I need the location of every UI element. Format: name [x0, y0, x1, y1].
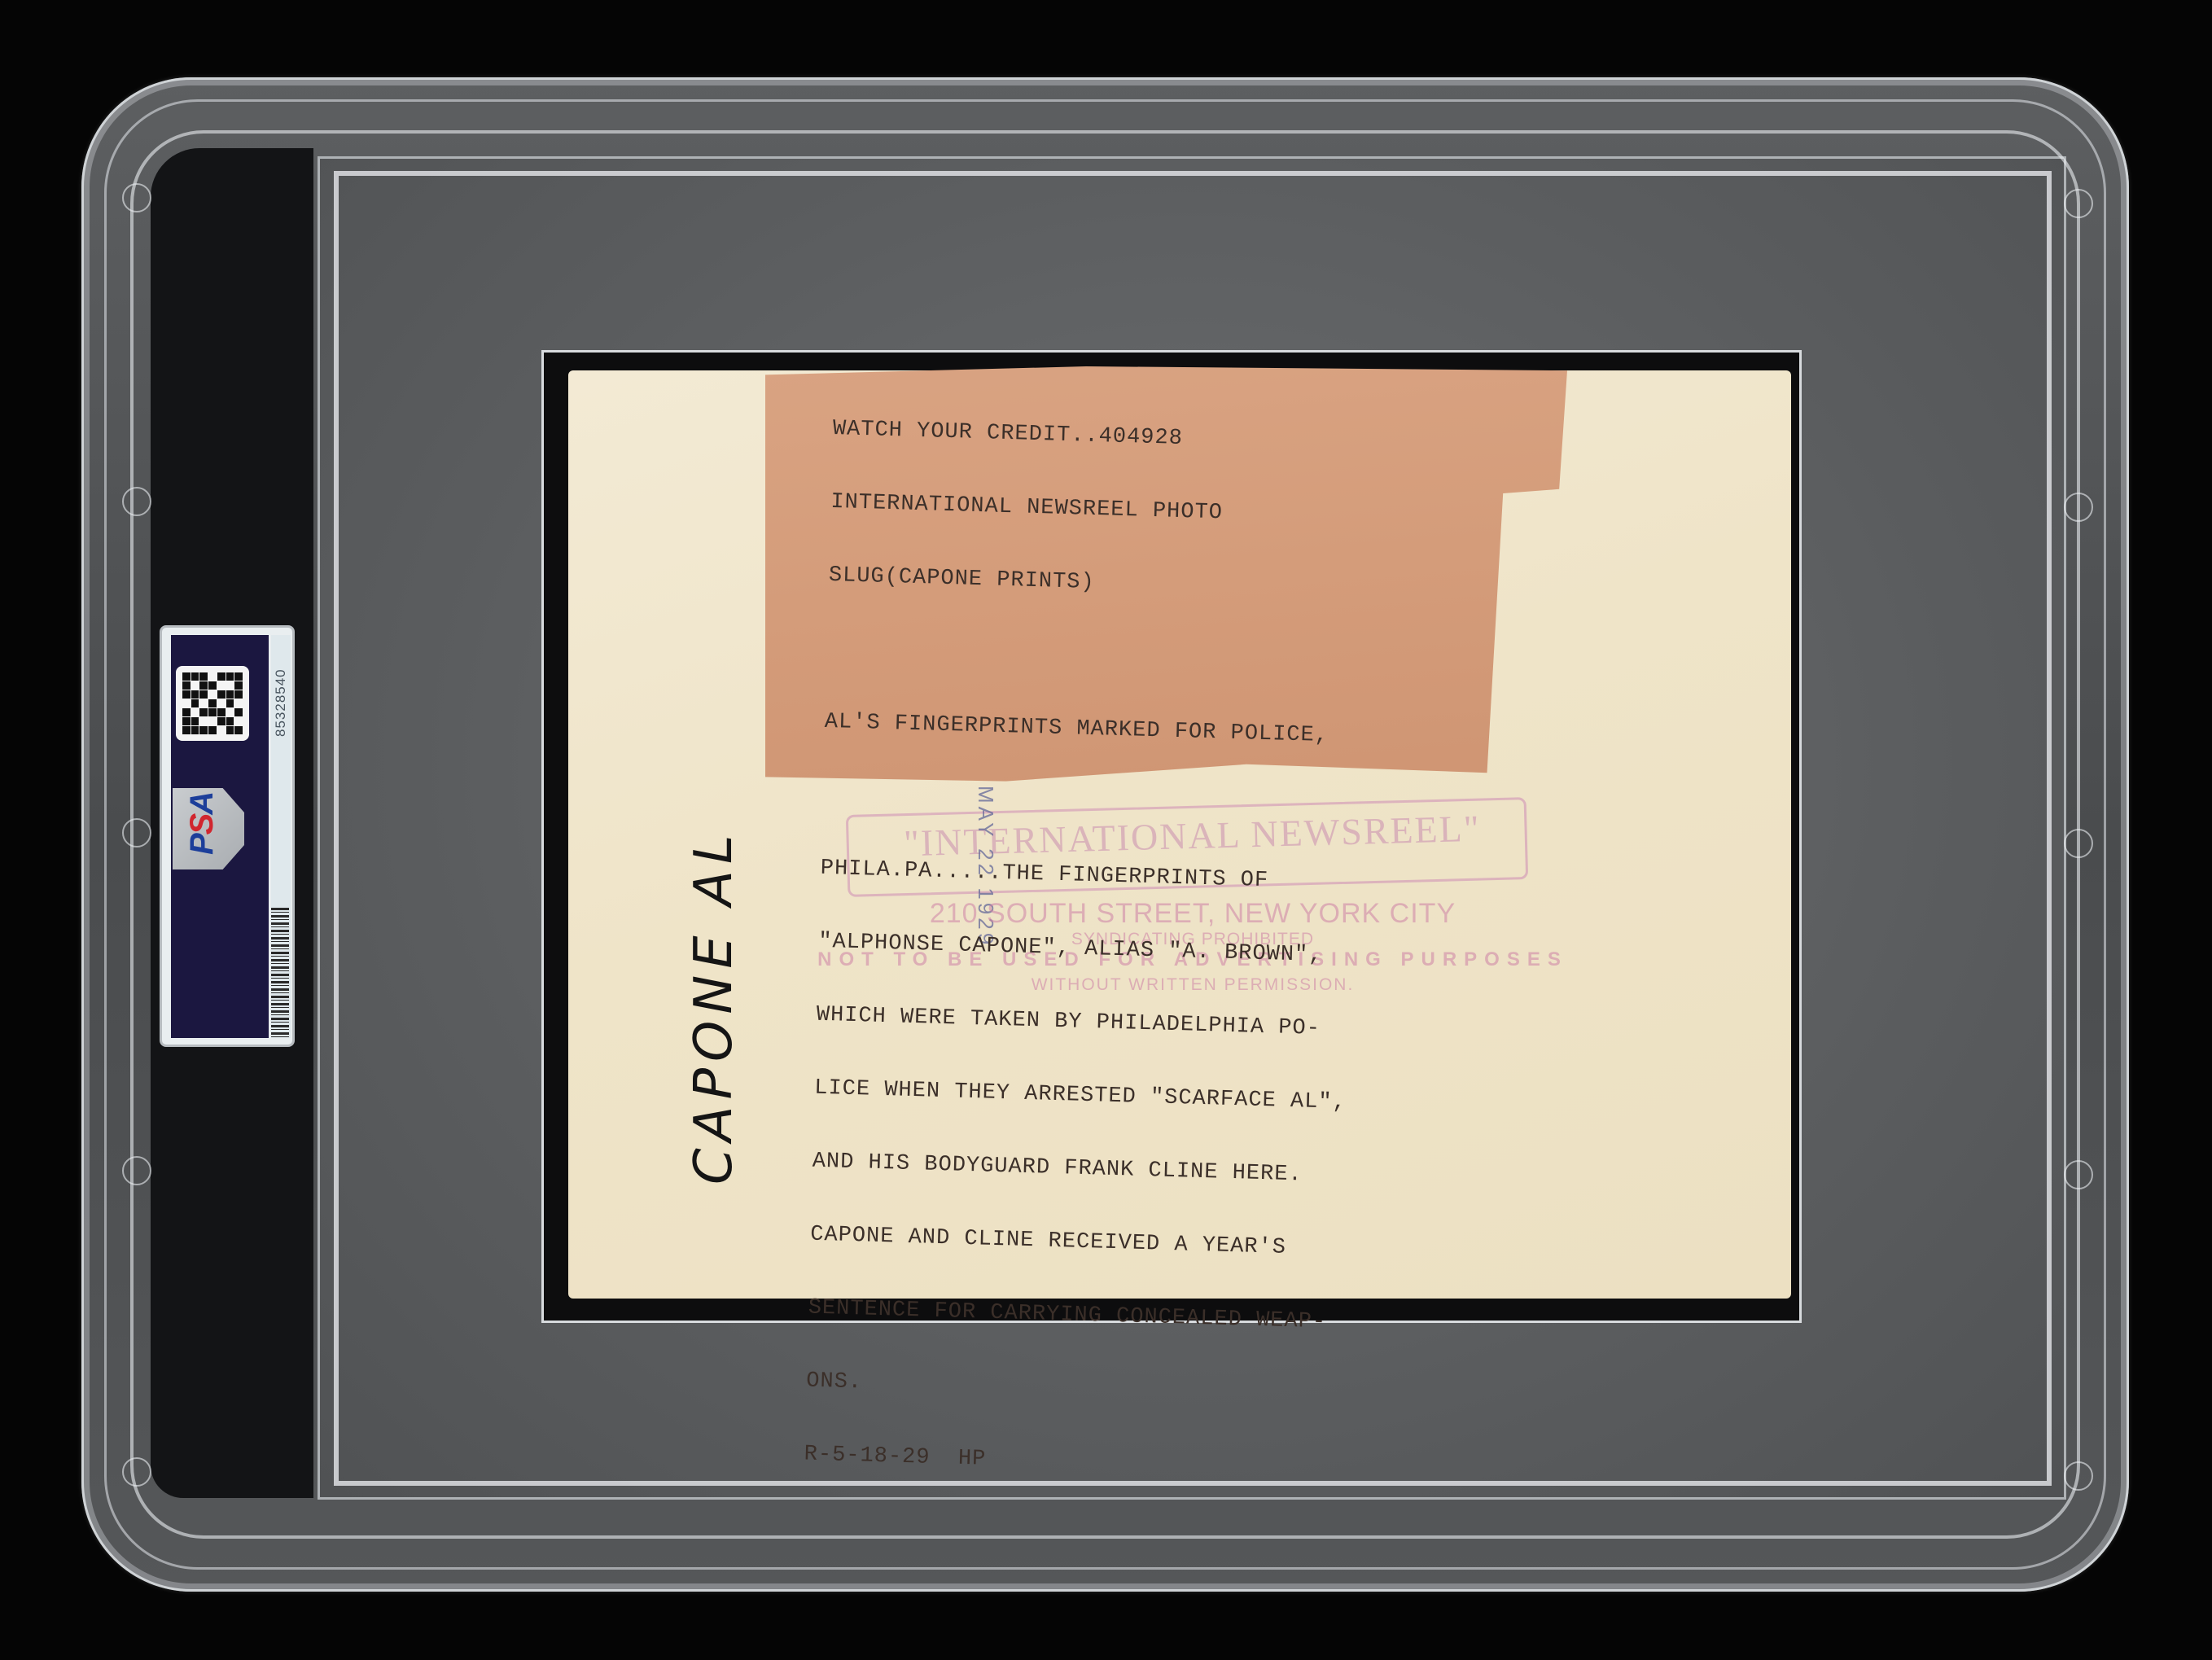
snipe-line [826, 637, 1527, 681]
snipe-line: AND HIS BODYGUARD FRANK CLINE HERE. [812, 1150, 1513, 1194]
slab-rivet-icon [122, 183, 151, 212]
snipe-line: LICE WHEN THEY ARRESTED "SCARFACE AL", [814, 1076, 1515, 1120]
snipe-line: SLUG(CAPONE PRINTS) [828, 563, 1529, 607]
snipe-line: ONS. [806, 1369, 1507, 1413]
snipe-line [822, 783, 1523, 827]
snipe-line: "ALPHONSE CAPONE", ALIAS "A. BROWN", [818, 930, 1519, 974]
snipe-line: AL'S FINGERPRINTS MARKED FOR POLICE, [824, 710, 1525, 754]
barcode-icon [271, 908, 289, 1038]
snipe-line: PHILA.PA.....THE FINGERPRINTS OF [820, 856, 1521, 900]
slab-rivet-icon [122, 1156, 151, 1185]
slab-rivet-icon [2064, 493, 2093, 522]
slab-rivet-icon [2064, 1461, 2093, 1491]
snipe-line: INTERNATIONAL NEWSREEL PHOTO [830, 490, 1531, 534]
snipe-line: WHICH WERE TAKEN BY PHILADELPHIA PO- [816, 1003, 1517, 1047]
snipe-line: CAPONE AND CLINE RECEIVED A YEAR'S [810, 1223, 1511, 1267]
snipe-line: SENTENCE FOR CARRYING CONCEALED WEAP- [808, 1296, 1509, 1340]
psa-logo: PSA [184, 793, 221, 855]
slab-rivet-icon [122, 487, 151, 516]
slab-rivet-icon [2064, 829, 2093, 858]
slab-rivet-icon [122, 818, 151, 848]
slab-rivet-icon [2064, 189, 2093, 218]
slab-rivet-icon [2064, 1160, 2093, 1189]
qr-code-icon[interactable] [176, 666, 249, 741]
psa-cert-number: 85328540 [273, 639, 289, 737]
snipe-line: WATCH YOUR CREDIT..404928 [832, 417, 1533, 461]
snipe-line: R-5-18-29 HP [804, 1442, 1505, 1486]
slab-rivet-icon [122, 1457, 151, 1487]
snipe-caption: WATCH YOUR CREDIT..404928 INTERNATIONAL … [803, 368, 1534, 1510]
handwritten-notation: CAPONE AL [684, 828, 744, 1185]
